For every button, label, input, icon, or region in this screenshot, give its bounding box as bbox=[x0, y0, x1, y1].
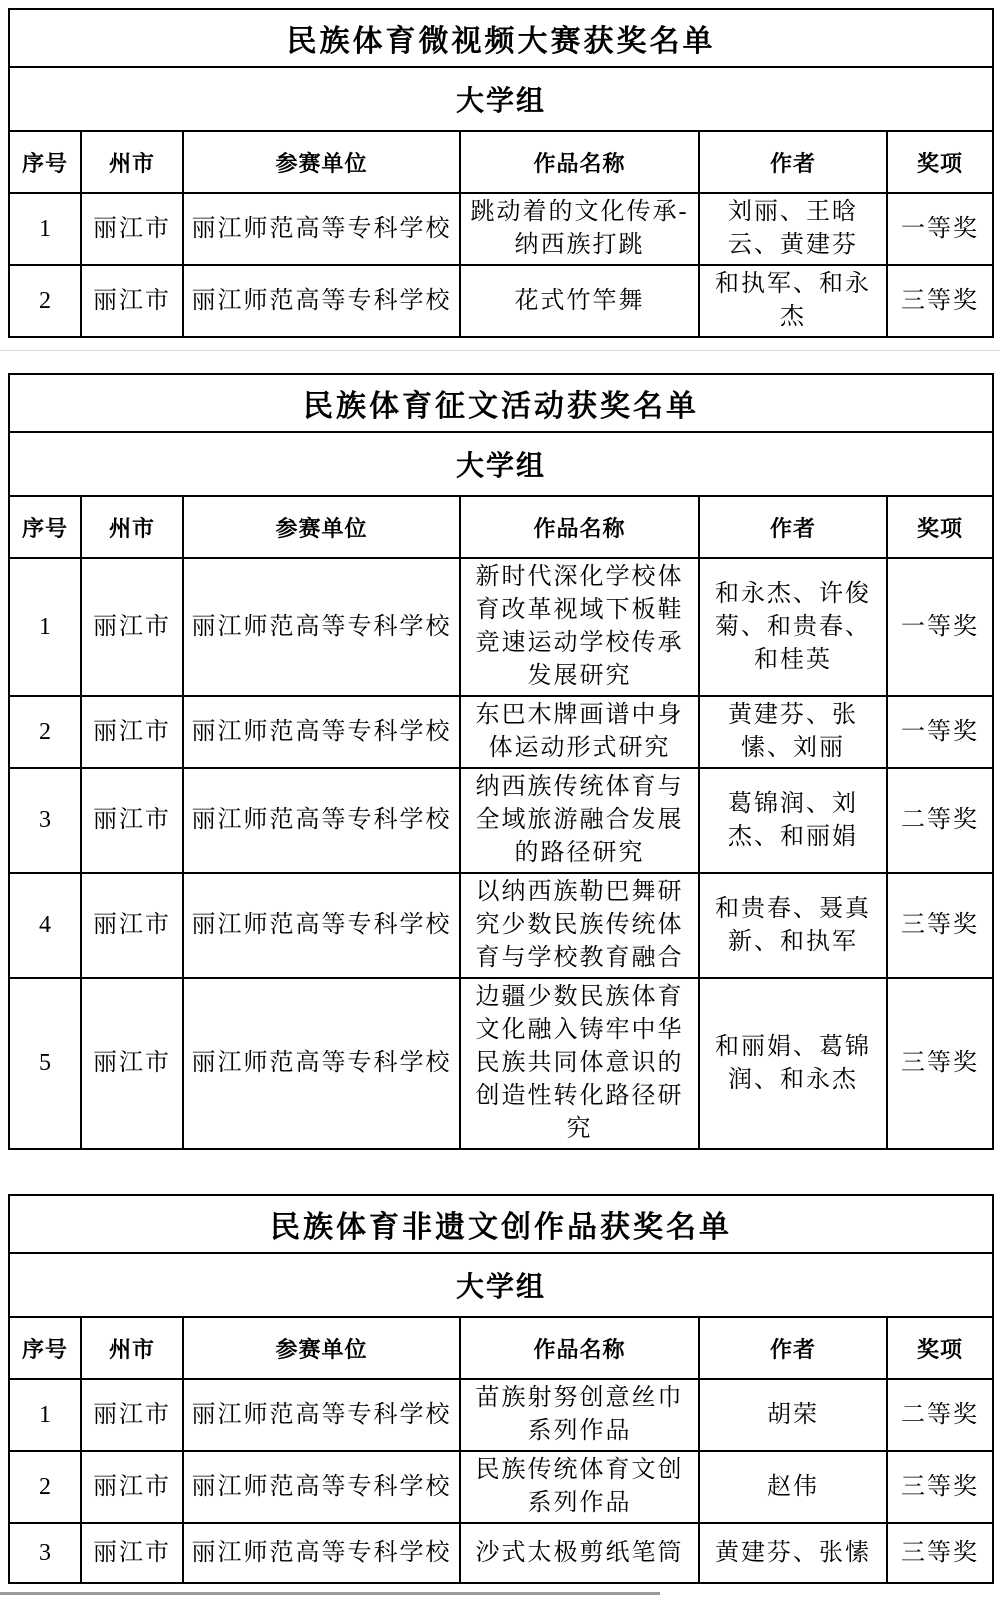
cell-city: 丽江市 bbox=[81, 696, 183, 768]
col-head-city: 州市 bbox=[81, 131, 183, 193]
cell-award: 一等奖 bbox=[887, 696, 993, 768]
table-row: 4丽江市丽江师范高等专科学校以纳西族勒巴舞研究少数民族传统体育与学校教育融合和贵… bbox=[9, 873, 993, 978]
col-head-serial: 序号 bbox=[9, 131, 81, 193]
col-head-work: 作品名称 bbox=[460, 496, 699, 558]
awards-table-cultural-creative: 民族体育非遗文创作品获奖名单 大学组 序号 州市 参赛单位 作品名称 作者 奖项… bbox=[8, 1194, 994, 1584]
cell-unit: 丽江师范高等专科学校 bbox=[183, 1523, 460, 1583]
table-row: 2丽江市丽江师范高等专科学校花式竹竿舞和执军、和永杰三等奖 bbox=[9, 265, 993, 337]
cell-authors: 赵伟 bbox=[699, 1451, 887, 1523]
scan-artifact-line bbox=[0, 1592, 660, 1595]
column-header-row: 序号 州市 参赛单位 作品名称 作者 奖项 bbox=[9, 1317, 993, 1379]
cell-city: 丽江市 bbox=[81, 978, 183, 1149]
cell-serial: 5 bbox=[9, 978, 81, 1149]
table-gap bbox=[8, 1150, 992, 1194]
col-head-work: 作品名称 bbox=[460, 131, 699, 193]
group-header: 大学组 bbox=[9, 67, 993, 131]
cell-serial: 3 bbox=[9, 1523, 81, 1583]
cell-award: 一等奖 bbox=[887, 193, 993, 265]
cell-work-title: 民族传统体育文创系列作品 bbox=[460, 1451, 699, 1523]
cell-city: 丽江市 bbox=[81, 1523, 183, 1583]
group-row: 大学组 bbox=[9, 1253, 993, 1317]
col-head-serial: 序号 bbox=[9, 496, 81, 558]
group-row: 大学组 bbox=[9, 432, 993, 496]
column-header-row: 序号 州市 参赛单位 作品名称 作者 奖项 bbox=[9, 496, 993, 558]
cell-award: 三等奖 bbox=[887, 978, 993, 1149]
col-head-authors: 作者 bbox=[699, 1317, 887, 1379]
cell-serial: 1 bbox=[9, 1379, 81, 1451]
cell-authors: 黄建芬、张愫 bbox=[699, 1523, 887, 1583]
cell-award: 一等奖 bbox=[887, 558, 993, 696]
table-row: 2丽江市丽江师范高等专科学校东巴木牌画谱中身体运动形式研究黄建芬、张愫、刘丽一等… bbox=[9, 696, 993, 768]
cell-work-title: 东巴木牌画谱中身体运动形式研究 bbox=[460, 696, 699, 768]
cell-serial: 1 bbox=[9, 193, 81, 265]
document-page: 民族体育微视频大赛获奖名单 大学组 序号 州市 参赛单位 作品名称 作者 奖项 … bbox=[0, 0, 1000, 1622]
cell-authors: 和贵春、聂真新、和执军 bbox=[699, 873, 887, 978]
cell-work-title: 纳西族传统体育与全域旅游融合发展的路径研究 bbox=[460, 768, 699, 873]
cell-unit: 丽江师范高等专科学校 bbox=[183, 558, 460, 696]
col-head-city: 州市 bbox=[81, 496, 183, 558]
cell-unit: 丽江师范高等专科学校 bbox=[183, 978, 460, 1149]
cell-award: 三等奖 bbox=[887, 1523, 993, 1583]
table-row: 1丽江市丽江师范高等专科学校新时代深化学校体育改革视域下板鞋竞速运动学校传承发展… bbox=[9, 558, 993, 696]
cell-city: 丽江市 bbox=[81, 265, 183, 337]
col-head-award: 奖项 bbox=[887, 1317, 993, 1379]
cell-authors: 刘丽、王晗云、黄建芬 bbox=[699, 193, 887, 265]
table-row: 3丽江市丽江师范高等专科学校纳西族传统体育与全域旅游融合发展的路径研究葛锦润、刘… bbox=[9, 768, 993, 873]
col-head-serial: 序号 bbox=[9, 1317, 81, 1379]
cell-serial: 3 bbox=[9, 768, 81, 873]
title-row: 民族体育非遗文创作品获奖名单 bbox=[9, 1195, 993, 1253]
cell-city: 丽江市 bbox=[81, 1451, 183, 1523]
group-row: 大学组 bbox=[9, 67, 993, 131]
cell-serial: 1 bbox=[9, 558, 81, 696]
col-head-award: 奖项 bbox=[887, 131, 993, 193]
cell-award: 二等奖 bbox=[887, 768, 993, 873]
table-row: 2丽江市丽江师范高等专科学校民族传统体育文创系列作品赵伟三等奖 bbox=[9, 1451, 993, 1523]
cell-unit: 丽江师范高等专科学校 bbox=[183, 1451, 460, 1523]
col-head-city: 州市 bbox=[81, 1317, 183, 1379]
cell-work-title: 新时代深化学校体育改革视域下板鞋竞速运动学校传承发展研究 bbox=[460, 558, 699, 696]
cell-authors: 和永杰、许俊菊、和贵春、和桂英 bbox=[699, 558, 887, 696]
cell-authors: 胡荣 bbox=[699, 1379, 887, 1451]
cell-award: 三等奖 bbox=[887, 265, 993, 337]
cell-unit: 丽江师范高等专科学校 bbox=[183, 873, 460, 978]
cell-serial: 2 bbox=[9, 1451, 81, 1523]
cell-work-title: 苗族射努创意丝巾系列作品 bbox=[460, 1379, 699, 1451]
table-title: 民族体育非遗文创作品获奖名单 bbox=[9, 1195, 993, 1253]
cell-unit: 丽江师范高等专科学校 bbox=[183, 768, 460, 873]
cell-work-title: 沙式太极剪纸笔筒 bbox=[460, 1523, 699, 1583]
cell-unit: 丽江师范高等专科学校 bbox=[183, 696, 460, 768]
title-row: 民族体育微视频大赛获奖名单 bbox=[9, 9, 993, 67]
table-title: 民族体育微视频大赛获奖名单 bbox=[9, 9, 993, 67]
cell-unit: 丽江师范高等专科学校 bbox=[183, 193, 460, 265]
cell-work-title: 以纳西族勒巴舞研究少数民族传统体育与学校教育融合 bbox=[460, 873, 699, 978]
cell-authors: 葛锦润、刘杰、和丽娟 bbox=[699, 768, 887, 873]
cell-authors: 黄建芬、张愫、刘丽 bbox=[699, 696, 887, 768]
table-row: 5丽江市丽江师范高等专科学校边疆少数民族体育文化融入铸牢中华民族共同体意识的创造… bbox=[9, 978, 993, 1149]
col-head-authors: 作者 bbox=[699, 131, 887, 193]
col-head-unit: 参赛单位 bbox=[183, 496, 460, 558]
title-row: 民族体育征文活动获奖名单 bbox=[9, 374, 993, 432]
awards-table-microvideo: 民族体育微视频大赛获奖名单 大学组 序号 州市 参赛单位 作品名称 作者 奖项 … bbox=[8, 8, 994, 338]
cell-unit: 丽江师范高等专科学校 bbox=[183, 265, 460, 337]
table-row: 1丽江市丽江师范高等专科学校跳动着的文化传承-纳西族打跳刘丽、王晗云、黄建芬一等… bbox=[9, 193, 993, 265]
cell-serial: 2 bbox=[9, 696, 81, 768]
cell-serial: 2 bbox=[9, 265, 81, 337]
cell-work-title: 边疆少数民族体育文化融入铸牢中华民族共同体意识的创造性转化路径研究 bbox=[460, 978, 699, 1149]
cell-award: 二等奖 bbox=[887, 1379, 993, 1451]
table-gap bbox=[8, 338, 992, 373]
cell-authors: 和丽娟、葛锦润、和永杰 bbox=[699, 978, 887, 1149]
column-header-row: 序号 州市 参赛单位 作品名称 作者 奖项 bbox=[9, 131, 993, 193]
col-head-work: 作品名称 bbox=[460, 1317, 699, 1379]
cell-award: 三等奖 bbox=[887, 1451, 993, 1523]
cell-unit: 丽江师范高等专科学校 bbox=[183, 1379, 460, 1451]
table-row: 3丽江市丽江师范高等专科学校沙式太极剪纸笔筒黄建芬、张愫三等奖 bbox=[9, 1523, 993, 1583]
col-head-unit: 参赛单位 bbox=[183, 131, 460, 193]
col-head-award: 奖项 bbox=[887, 496, 993, 558]
cell-city: 丽江市 bbox=[81, 768, 183, 873]
cell-serial: 4 bbox=[9, 873, 81, 978]
cell-city: 丽江市 bbox=[81, 1379, 183, 1451]
cell-city: 丽江市 bbox=[81, 558, 183, 696]
table-title: 民族体育征文活动获奖名单 bbox=[9, 374, 993, 432]
group-header: 大学组 bbox=[9, 1253, 993, 1317]
scan-artifact-line bbox=[0, 350, 1000, 351]
col-head-unit: 参赛单位 bbox=[183, 1317, 460, 1379]
col-head-authors: 作者 bbox=[699, 496, 887, 558]
table-row: 1丽江市丽江师范高等专科学校苗族射努创意丝巾系列作品胡荣二等奖 bbox=[9, 1379, 993, 1451]
awards-table-essay: 民族体育征文活动获奖名单 大学组 序号 州市 参赛单位 作品名称 作者 奖项 1… bbox=[8, 373, 994, 1150]
cell-city: 丽江市 bbox=[81, 873, 183, 978]
cell-work-title: 跳动着的文化传承-纳西族打跳 bbox=[460, 193, 699, 265]
cell-city: 丽江市 bbox=[81, 193, 183, 265]
cell-authors: 和执军、和永杰 bbox=[699, 265, 887, 337]
cell-work-title: 花式竹竿舞 bbox=[460, 265, 699, 337]
cell-award: 三等奖 bbox=[887, 873, 993, 978]
group-header: 大学组 bbox=[9, 432, 993, 496]
